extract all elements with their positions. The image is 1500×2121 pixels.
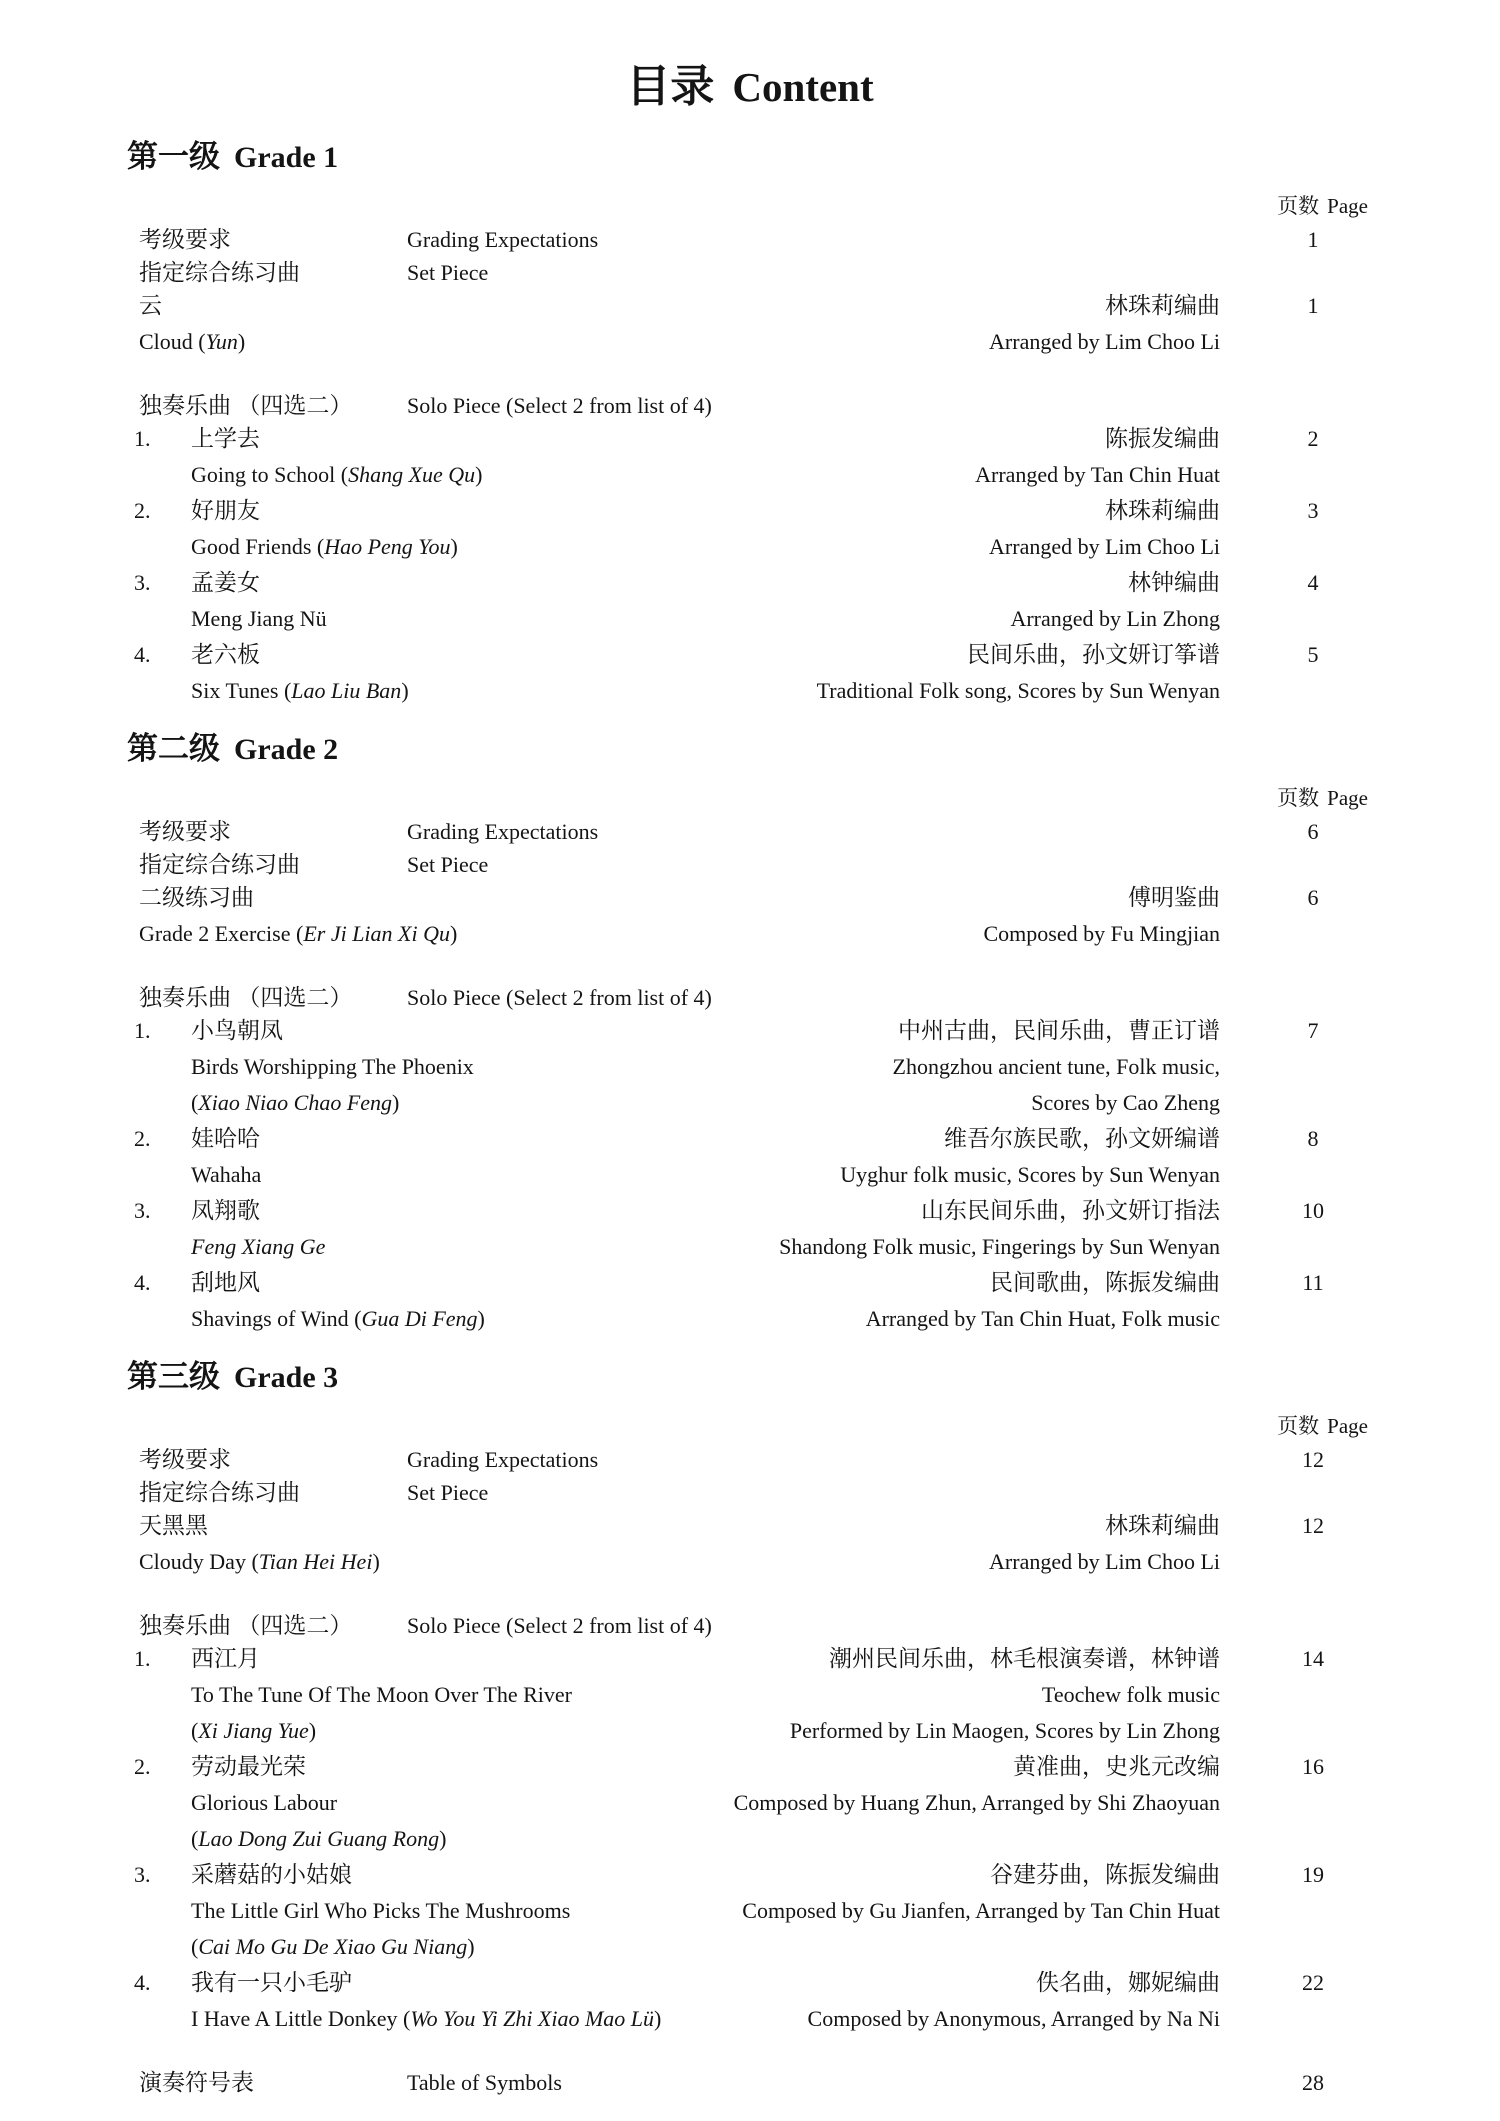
- piece-translation-row: Six Tunes (Lao Liu Ban)Traditional Folk …: [0, 674, 1500, 710]
- piece-credit: 谷建芬曲，陈振发编曲: [990, 1858, 1220, 1894]
- credit-segment: 山东民间乐曲，孙文妍订指法: [921, 1197, 1220, 1223]
- piece-credit: 潮州民间乐曲，林毛根演奏谱，林钟谱: [829, 1642, 1220, 1678]
- solo-piece-row: 1.西江月潮州民间乐曲，林毛根演奏谱，林钟谱14: [0, 1642, 1500, 1678]
- piece-credit: 民间乐曲，孙文妍订筝谱: [967, 638, 1220, 674]
- credit-segment: Shandong Folk music, Fingerings by Sun W…: [779, 1234, 1220, 1259]
- label-zh: 指定综合练习曲: [139, 848, 407, 881]
- page-number: 1: [1258, 223, 1368, 256]
- set-piece-row: Cloudy Day (Tian Hei Hei)Arranged by Lim…: [0, 1545, 1500, 1581]
- piece-title: 孟姜女: [191, 566, 260, 602]
- piece-title: Cloudy Day (Tian Hei Hei): [139, 1545, 380, 1581]
- title-segment: 上学去: [191, 425, 260, 451]
- label-en: Solo Piece (Select 2 from list of 4): [407, 389, 712, 422]
- title-segment: ): [451, 534, 458, 559]
- piece-title: Wahaha: [191, 1158, 261, 1194]
- piece-translation-row: Going to School (Shang Xue Qu)Arranged b…: [0, 458, 1500, 494]
- piece-title: (Xiao Niao Chao Feng): [191, 1086, 399, 1122]
- section-heading-grade-3: 第三级Grade 3: [0, 1360, 1500, 1400]
- piece-translation-row: Meng Jiang NüArranged by Lin Zhong: [0, 602, 1500, 638]
- solo-piece-row: 1.上学去陈振发编曲2: [0, 422, 1500, 458]
- page-title-zh: 目录: [626, 62, 714, 111]
- credit-segment: Arranged by Lim Choo Li: [989, 1549, 1220, 1574]
- page-column-header-en: Page: [1327, 194, 1368, 218]
- credit-segment: 林钟编曲: [1128, 569, 1220, 595]
- piece-credit: 林珠莉编曲: [1105, 289, 1220, 325]
- toc-label-row: 独奏乐曲 （四选二）Solo Piece (Select 2 from list…: [0, 389, 1500, 422]
- credit-segment: Scores by Cao Zheng: [1031, 1090, 1220, 1115]
- toc-label-row: 独奏乐曲 （四选二）Solo Piece (Select 2 from list…: [0, 1609, 1500, 1642]
- piece-credit: Arranged by Tan Chin Huat, Folk music: [866, 1302, 1220, 1338]
- credit-segment: 黄准曲，史兆元改编: [1013, 1753, 1220, 1779]
- page-number: 10: [1258, 1194, 1368, 1227]
- credit-segment: Arranged by Lim Choo Li: [989, 534, 1220, 559]
- credit-segment: Arranged by Tan Chin Huat: [975, 462, 1220, 487]
- piece-title: 好朋友: [191, 494, 260, 530]
- piece-number: 1.: [134, 1014, 191, 1050]
- piece-credit: 山东民间乐曲，孙文妍订指法: [921, 1194, 1220, 1230]
- title-segment: 凤翔歌: [191, 1197, 260, 1223]
- page-number: 28: [1258, 2066, 1368, 2099]
- title-segment: 劳动最光荣: [191, 1753, 306, 1779]
- piece-translation-row: Feng Xiang GeShandong Folk music, Finger…: [0, 1230, 1500, 1266]
- page-number: 22: [1258, 1966, 1368, 1999]
- piece-credit: Composed by Fu Mingjian: [983, 917, 1220, 953]
- title-segment: Glorious Labour: [191, 1790, 337, 1815]
- title-segment: 西江月: [191, 1645, 260, 1671]
- title-segment: Gua Di Feng: [361, 1306, 477, 1331]
- piece-number: 3.: [134, 1194, 191, 1230]
- piece-credit: 陈振发编曲: [1105, 422, 1220, 458]
- page-number: 11: [1258, 1266, 1368, 1299]
- credit-segment: Performed by Lin Maogen, Scores by Lin Z…: [790, 1718, 1220, 1743]
- title-segment: Shavings of Wind (: [191, 1306, 361, 1331]
- piece-number: 3.: [134, 1858, 191, 1894]
- piece-credit: Zhongzhou ancient tune, Folk music,: [893, 1050, 1221, 1086]
- title-segment: Xiao Niao Chao Feng: [198, 1090, 392, 1115]
- piece-title: (Lao Dong Zui Guang Rong): [191, 1822, 446, 1858]
- page-title: 目录 Content: [0, 64, 1500, 113]
- piece-number: 2.: [134, 494, 191, 530]
- piece-title: 娃哈哈: [191, 1122, 260, 1158]
- label-zh: 独奏乐曲 （四选二）: [139, 981, 407, 1014]
- credit-segment: Arranged by Tan Chin Huat, Folk music: [866, 1306, 1220, 1331]
- credit-segment: Composed by Gu Jianfen, Arranged by Tan …: [742, 1898, 1220, 1923]
- piece-credit: 维吾尔族民歌，孙文妍编谱: [944, 1122, 1220, 1158]
- solo-piece-row: 2.劳动最光荣黄准曲，史兆元改编16: [0, 1750, 1500, 1786]
- title-segment: Six Tunes (: [191, 678, 291, 703]
- page-number: 1: [1258, 289, 1368, 322]
- label-en: Table of Symbols: [407, 2066, 562, 2099]
- page-number: 5: [1258, 638, 1368, 671]
- page-number: 12: [1258, 1443, 1368, 1476]
- section-heading-zh: 第一级: [127, 139, 220, 174]
- page-column-header-zh: 页数: [1277, 195, 1319, 218]
- title-segment: 云: [139, 292, 162, 318]
- toc-label-row: 指定综合练习曲Set Piece: [0, 848, 1500, 881]
- piece-title: 云: [139, 289, 162, 325]
- piece-title: Going to School (Shang Xue Qu): [191, 458, 482, 494]
- title-segment: 老六板: [191, 641, 260, 667]
- title-segment: ): [392, 1090, 399, 1115]
- credit-segment: 中州古曲，民间乐曲，曹正订谱: [898, 1017, 1220, 1043]
- piece-title: Birds Worshipping The Phoenix: [191, 1050, 474, 1086]
- piece-number: 1.: [134, 422, 191, 458]
- title-segment: To The Tune Of The Moon Over The River: [191, 1682, 572, 1707]
- piece-credit: Teochew folk music: [1042, 1678, 1220, 1714]
- credit-segment: Teochew folk music: [1042, 1682, 1220, 1707]
- title-segment: 孟姜女: [191, 569, 260, 595]
- piece-title: Meng Jiang Nü: [191, 602, 327, 638]
- section-grade-2: 第二级Grade 2页数Page考级要求Grading Expectations…: [0, 732, 1500, 1338]
- label-en: Set Piece: [407, 256, 488, 289]
- title-segment: Shang Xue Qu: [348, 462, 475, 487]
- title-segment: 好朋友: [191, 497, 260, 523]
- credit-segment: 佚名曲，娜妮编曲: [1036, 1969, 1220, 1995]
- credit-segment: 林珠莉编曲: [1105, 497, 1220, 523]
- page-number: 19: [1258, 1858, 1368, 1891]
- credit-segment: 民间乐曲，孙文妍订筝谱: [967, 641, 1220, 667]
- page-column-header-en: Page: [1327, 786, 1368, 810]
- title-segment: ): [238, 329, 245, 354]
- piece-credit: 傅明鉴曲: [1128, 881, 1220, 917]
- label-zh: 考级要求: [139, 1443, 407, 1476]
- title-segment: 娃哈哈: [191, 1125, 260, 1151]
- piece-title: Glorious Labour: [191, 1786, 337, 1822]
- title-segment: Feng Xiang Ge: [191, 1234, 325, 1259]
- label-en: Set Piece: [407, 1476, 488, 1509]
- piece-title: 刮地风: [191, 1266, 260, 1302]
- title-segment: Lao Liu Ban: [291, 678, 401, 703]
- title-segment: 二级练习曲: [139, 884, 254, 910]
- piece-translation-row: (Xiao Niao Chao Feng)Scores by Cao Zheng: [0, 1086, 1500, 1122]
- piece-title: 上学去: [191, 422, 260, 458]
- credit-segment: 傅明鉴曲: [1128, 884, 1220, 910]
- solo-piece-row: 3.采蘑菇的小姑娘谷建芬曲，陈振发编曲19: [0, 1858, 1500, 1894]
- label-en: Solo Piece (Select 2 from list of 4): [407, 1609, 712, 1642]
- solo-piece-row: 4.老六板民间乐曲，孙文妍订筝谱5: [0, 638, 1500, 674]
- page-number: 4: [1258, 566, 1368, 599]
- credit-segment: 林珠莉编曲: [1105, 1512, 1220, 1538]
- toc-label-row: 考级要求Grading Expectations6: [0, 815, 1500, 848]
- piece-credit: Arranged by Lim Choo Li: [989, 1545, 1220, 1581]
- piece-title: (Cai Mo Gu De Xiao Gu Niang): [191, 1930, 475, 1966]
- piece-title: 我有一只小毛驴: [191, 1966, 352, 2002]
- piece-credit: 林珠莉编曲: [1105, 494, 1220, 530]
- title-segment: 我有一只小毛驴: [191, 1969, 352, 1995]
- set-piece-row: 天黑黑林珠莉编曲12: [0, 1509, 1500, 1545]
- page-number: 2: [1258, 422, 1368, 455]
- piece-credit: 林珠莉编曲: [1105, 1509, 1220, 1545]
- piece-title: Grade 2 Exercise (Er Ji Lian Xi Qu): [139, 917, 457, 953]
- piece-translation-row: WahahaUyghur folk music, Scores by Sun W…: [0, 1158, 1500, 1194]
- piece-credit: Shandong Folk music, Fingerings by Sun W…: [779, 1230, 1220, 1266]
- credit-segment: 民间歌曲，陈振发编曲: [990, 1269, 1220, 1295]
- credit-segment: Arranged by Lim Choo Li: [989, 329, 1220, 354]
- set-piece-row: 二级练习曲傅明鉴曲6: [0, 881, 1500, 917]
- piece-title: The Little Girl Who Picks The Mushrooms: [191, 1894, 570, 1930]
- credit-segment: Composed by Anonymous, Arranged by Na Ni: [808, 2006, 1220, 2031]
- label-en: Grading Expectations: [407, 223, 598, 256]
- credit-segment: Arranged by Lin Zhong: [1010, 606, 1220, 631]
- piece-credit: Arranged by Lim Choo Li: [989, 530, 1220, 566]
- title-segment: Meng Jiang Nü: [191, 606, 327, 631]
- set-piece-row: Grade 2 Exercise (Er Ji Lian Xi Qu)Compo…: [0, 917, 1500, 953]
- toc-label-row: 独奏乐曲 （四选二）Solo Piece (Select 2 from list…: [0, 981, 1500, 1014]
- title-segment: ): [309, 1718, 316, 1743]
- section-grade-1: 第一级Grade 1页数Page考级要求Grading Expectations…: [0, 140, 1500, 710]
- piece-translation-row: Birds Worshipping The PhoenixZhongzhou a…: [0, 1050, 1500, 1086]
- piece-credit: 黄准曲，史兆元改编: [1013, 1750, 1220, 1786]
- page-column-header: 页数Page: [0, 782, 1500, 815]
- piece-title: 天黑黑: [139, 1509, 208, 1545]
- piece-number: 4.: [134, 1266, 191, 1302]
- piece-title: Cloud (Yun): [139, 325, 245, 361]
- piece-title: Feng Xiang Ge: [191, 1230, 325, 1266]
- label-zh: 指定综合练习曲: [139, 256, 407, 289]
- solo-piece-row: 2.娃哈哈维吾尔族民歌，孙文妍编谱8: [0, 1122, 1500, 1158]
- piece-title: 劳动最光荣: [191, 1750, 306, 1786]
- label-zh: 独奏乐曲 （四选二）: [139, 1609, 407, 1642]
- credit-segment: Zhongzhou ancient tune, Folk music,: [893, 1054, 1221, 1079]
- section-heading-grade-1: 第一级Grade 1: [0, 140, 1500, 180]
- title-segment: ): [478, 1306, 485, 1331]
- toc-label-row: 考级要求Grading Expectations1: [0, 223, 1500, 256]
- section-grade-3: 第三级Grade 3页数Page考级要求Grading Expectations…: [0, 1360, 1500, 2038]
- toc-label-row: 指定综合练习曲Set Piece: [0, 256, 1500, 289]
- credit-segment: Uyghur folk music, Scores by Sun Wenyan: [840, 1162, 1220, 1187]
- page-column-header-en: Page: [1327, 1414, 1368, 1438]
- label-en: Grading Expectations: [407, 1443, 598, 1476]
- title-segment: Xi Jiang Yue: [198, 1718, 308, 1743]
- label-zh: 演奏符号表: [139, 2066, 407, 2099]
- piece-title: (Xi Jiang Yue): [191, 1714, 316, 1750]
- piece-credit: Arranged by Lim Choo Li: [989, 325, 1220, 361]
- title-segment: I Have A Little Donkey (: [191, 2006, 410, 2031]
- label-zh: 考级要求: [139, 223, 407, 256]
- piece-translation-row: (Cai Mo Gu De Xiao Gu Niang): [0, 1930, 1500, 1966]
- piece-credit: Composed by Anonymous, Arranged by Na Ni: [808, 2002, 1220, 2038]
- page-number: 6: [1258, 815, 1368, 848]
- title-segment: ): [475, 462, 482, 487]
- piece-translation-row: Glorious LabourComposed by Huang Zhun, A…: [0, 1786, 1500, 1822]
- title-segment: Cloud (: [139, 329, 206, 354]
- page-number: 6: [1258, 881, 1368, 914]
- piece-title: 小鸟朝凤: [191, 1014, 283, 1050]
- title-segment: Going to School (: [191, 462, 348, 487]
- section-heading-zh: 第二级: [127, 731, 220, 766]
- section-heading-grade-2: 第二级Grade 2: [0, 732, 1500, 772]
- piece-number: 3.: [134, 566, 191, 602]
- credit-segment: Traditional Folk song, Scores by Sun Wen…: [817, 678, 1220, 703]
- piece-credit: Traditional Folk song, Scores by Sun Wen…: [817, 674, 1220, 710]
- solo-piece-row: 4.我有一只小毛驴佚名曲，娜妮编曲22: [0, 1966, 1500, 2002]
- title-segment: ): [401, 678, 408, 703]
- title-segment: ): [372, 1549, 379, 1574]
- page-number: 3: [1258, 494, 1368, 527]
- piece-translation-row: To The Tune Of The Moon Over The RiverTe…: [0, 1678, 1500, 1714]
- piece-credit: Composed by Huang Zhun, Arranged by Shi …: [734, 1786, 1220, 1822]
- piece-translation-row: (Lao Dong Zui Guang Rong): [0, 1822, 1500, 1858]
- set-piece-row: Cloud (Yun)Arranged by Lim Choo Li: [0, 325, 1500, 361]
- piece-number: 1.: [134, 1642, 191, 1678]
- title-segment: ): [467, 1934, 474, 1959]
- title-segment: ): [654, 2006, 661, 2031]
- title-segment: Grade 2 Exercise (: [139, 921, 303, 946]
- label-zh: 考级要求: [139, 815, 407, 848]
- piece-credit: Arranged by Tan Chin Huat: [975, 458, 1220, 494]
- piece-title: 二级练习曲: [139, 881, 254, 917]
- title-segment: Good Friends (: [191, 534, 324, 559]
- solo-piece-row: 3.凤翔歌山东民间乐曲，孙文妍订指法10: [0, 1194, 1500, 1230]
- page-number: 12: [1258, 1509, 1368, 1542]
- piece-credit: 林钟编曲: [1128, 566, 1220, 602]
- piece-title: 凤翔歌: [191, 1194, 260, 1230]
- toc-label-row: 考级要求Grading Expectations12: [0, 1443, 1500, 1476]
- credit-segment: 林珠莉编曲: [1105, 292, 1220, 318]
- toc-page: 目录 Content 第一级Grade 1页数Page考级要求Grading E…: [0, 0, 1500, 2121]
- toc-label-row: 指定综合练习曲Set Piece: [0, 1476, 1500, 1509]
- piece-title: Good Friends (Hao Peng You): [191, 530, 458, 566]
- piece-number: 2.: [134, 1750, 191, 1786]
- credit-segment: Composed by Huang Zhun, Arranged by Shi …: [734, 1790, 1220, 1815]
- page-title-en: Content: [732, 64, 873, 110]
- title-segment: Wo You Yi Zhi Xiao Mao Lü: [410, 2006, 654, 2031]
- page-column-header-zh: 页数: [1277, 787, 1319, 810]
- solo-piece-row: 1.小鸟朝凤中州古曲，民间乐曲，曹正订谱7: [0, 1014, 1500, 1050]
- piece-title: 西江月: [191, 1642, 260, 1678]
- piece-number: 4.: [134, 1966, 191, 2002]
- title-segment: 刮地风: [191, 1269, 260, 1295]
- title-segment: Er Ji Lian Xi Qu: [303, 921, 450, 946]
- title-segment: Tian Hei Hei: [259, 1549, 373, 1574]
- credit-segment: 谷建芬曲，陈振发编曲: [990, 1861, 1220, 1887]
- solo-piece-row: 3.孟姜女林钟编曲4: [0, 566, 1500, 602]
- piece-credit: Composed by Gu Jianfen, Arranged by Tan …: [742, 1894, 1220, 1930]
- title-segment: ): [450, 921, 457, 946]
- title-segment: Cloudy Day (: [139, 1549, 259, 1574]
- page-column-header: 页数Page: [0, 1410, 1500, 1443]
- solo-piece-row: 2.好朋友林珠莉编曲3: [0, 494, 1500, 530]
- piece-credit: 中州古曲，民间乐曲，曹正订谱: [898, 1014, 1220, 1050]
- section-heading-en: Grade 2: [234, 733, 338, 766]
- title-segment: 小鸟朝凤: [191, 1017, 283, 1043]
- piece-title: Shavings of Wind (Gua Di Feng): [191, 1302, 485, 1338]
- page-number: 7: [1258, 1014, 1368, 1047]
- piece-translation-row: Good Friends (Hao Peng You)Arranged by L…: [0, 530, 1500, 566]
- piece-title: To The Tune Of The Moon Over The River: [191, 1678, 572, 1714]
- piece-credit: Arranged by Lin Zhong: [1010, 602, 1220, 638]
- piece-title: Six Tunes (Lao Liu Ban): [191, 674, 409, 710]
- set-piece-row: 云林珠莉编曲1: [0, 289, 1500, 325]
- page-number: 16: [1258, 1750, 1368, 1783]
- page-column-header: 页数Page: [0, 190, 1500, 223]
- credit-segment: 陈振发编曲: [1105, 425, 1220, 451]
- section-heading-en: Grade 1: [234, 141, 338, 174]
- section-heading-en: Grade 3: [234, 1361, 338, 1394]
- toc-sections: 第一级Grade 1页数Page考级要求Grading Expectations…: [0, 140, 1500, 2099]
- title-segment: Yun: [206, 329, 238, 354]
- piece-title: 老六板: [191, 638, 260, 674]
- piece-credit: Uyghur folk music, Scores by Sun Wenyan: [840, 1158, 1220, 1194]
- piece-translation-row: I Have A Little Donkey (Wo You Yi Zhi Xi…: [0, 2002, 1500, 2038]
- title-segment: Hao Peng You: [324, 534, 450, 559]
- piece-credit: 佚名曲，娜妮编曲: [1036, 1966, 1220, 2002]
- page-number: 8: [1258, 1122, 1368, 1155]
- label-zh: 指定综合练习曲: [139, 1476, 407, 1509]
- credit-segment: 潮州民间乐曲，林毛根演奏谱，林钟谱: [829, 1645, 1220, 1671]
- credit-segment: Composed by Fu Mingjian: [983, 921, 1220, 946]
- credit-segment: 维吾尔族民歌，孙文妍编谱: [944, 1125, 1220, 1151]
- title-segment: 天黑黑: [139, 1512, 208, 1538]
- title-segment: Birds Worshipping The Phoenix: [191, 1054, 474, 1079]
- piece-credit: Scores by Cao Zheng: [1031, 1086, 1220, 1122]
- piece-number: 2.: [134, 1122, 191, 1158]
- label-en: Set Piece: [407, 848, 488, 881]
- piece-credit: 民间歌曲，陈振发编曲: [990, 1266, 1220, 1302]
- toc-label-row: 演奏符号表Table of Symbols28: [0, 2066, 1500, 2099]
- title-segment: Lao Dong Zui Guang Rong: [198, 1826, 439, 1851]
- piece-translation-row: Shavings of Wind (Gua Di Feng)Arranged b…: [0, 1302, 1500, 1338]
- title-segment: 采蘑菇的小姑娘: [191, 1861, 352, 1887]
- piece-title: I Have A Little Donkey (Wo You Yi Zhi Xi…: [191, 2002, 661, 2038]
- label-en: Solo Piece (Select 2 from list of 4): [407, 981, 712, 1014]
- title-segment: The Little Girl Who Picks The Mushrooms: [191, 1898, 570, 1923]
- title-segment: ): [439, 1826, 446, 1851]
- page-number: 14: [1258, 1642, 1368, 1675]
- title-segment: Wahaha: [191, 1162, 261, 1187]
- piece-number: 4.: [134, 638, 191, 674]
- piece-translation-row: (Xi Jiang Yue)Performed by Lin Maogen, S…: [0, 1714, 1500, 1750]
- label-en: Grading Expectations: [407, 815, 598, 848]
- piece-credit: Performed by Lin Maogen, Scores by Lin Z…: [790, 1714, 1220, 1750]
- section-heading-zh: 第三级: [127, 1359, 220, 1394]
- solo-piece-row: 4.刮地风民间歌曲，陈振发编曲11: [0, 1266, 1500, 1302]
- piece-translation-row: The Little Girl Who Picks The MushroomsC…: [0, 1894, 1500, 1930]
- piece-title: 采蘑菇的小姑娘: [191, 1858, 352, 1894]
- page-column-header-zh: 页数: [1277, 1415, 1319, 1438]
- label-zh: 独奏乐曲 （四选二）: [139, 389, 407, 422]
- title-segment: Cai Mo Gu De Xiao Gu Niang: [198, 1934, 467, 1959]
